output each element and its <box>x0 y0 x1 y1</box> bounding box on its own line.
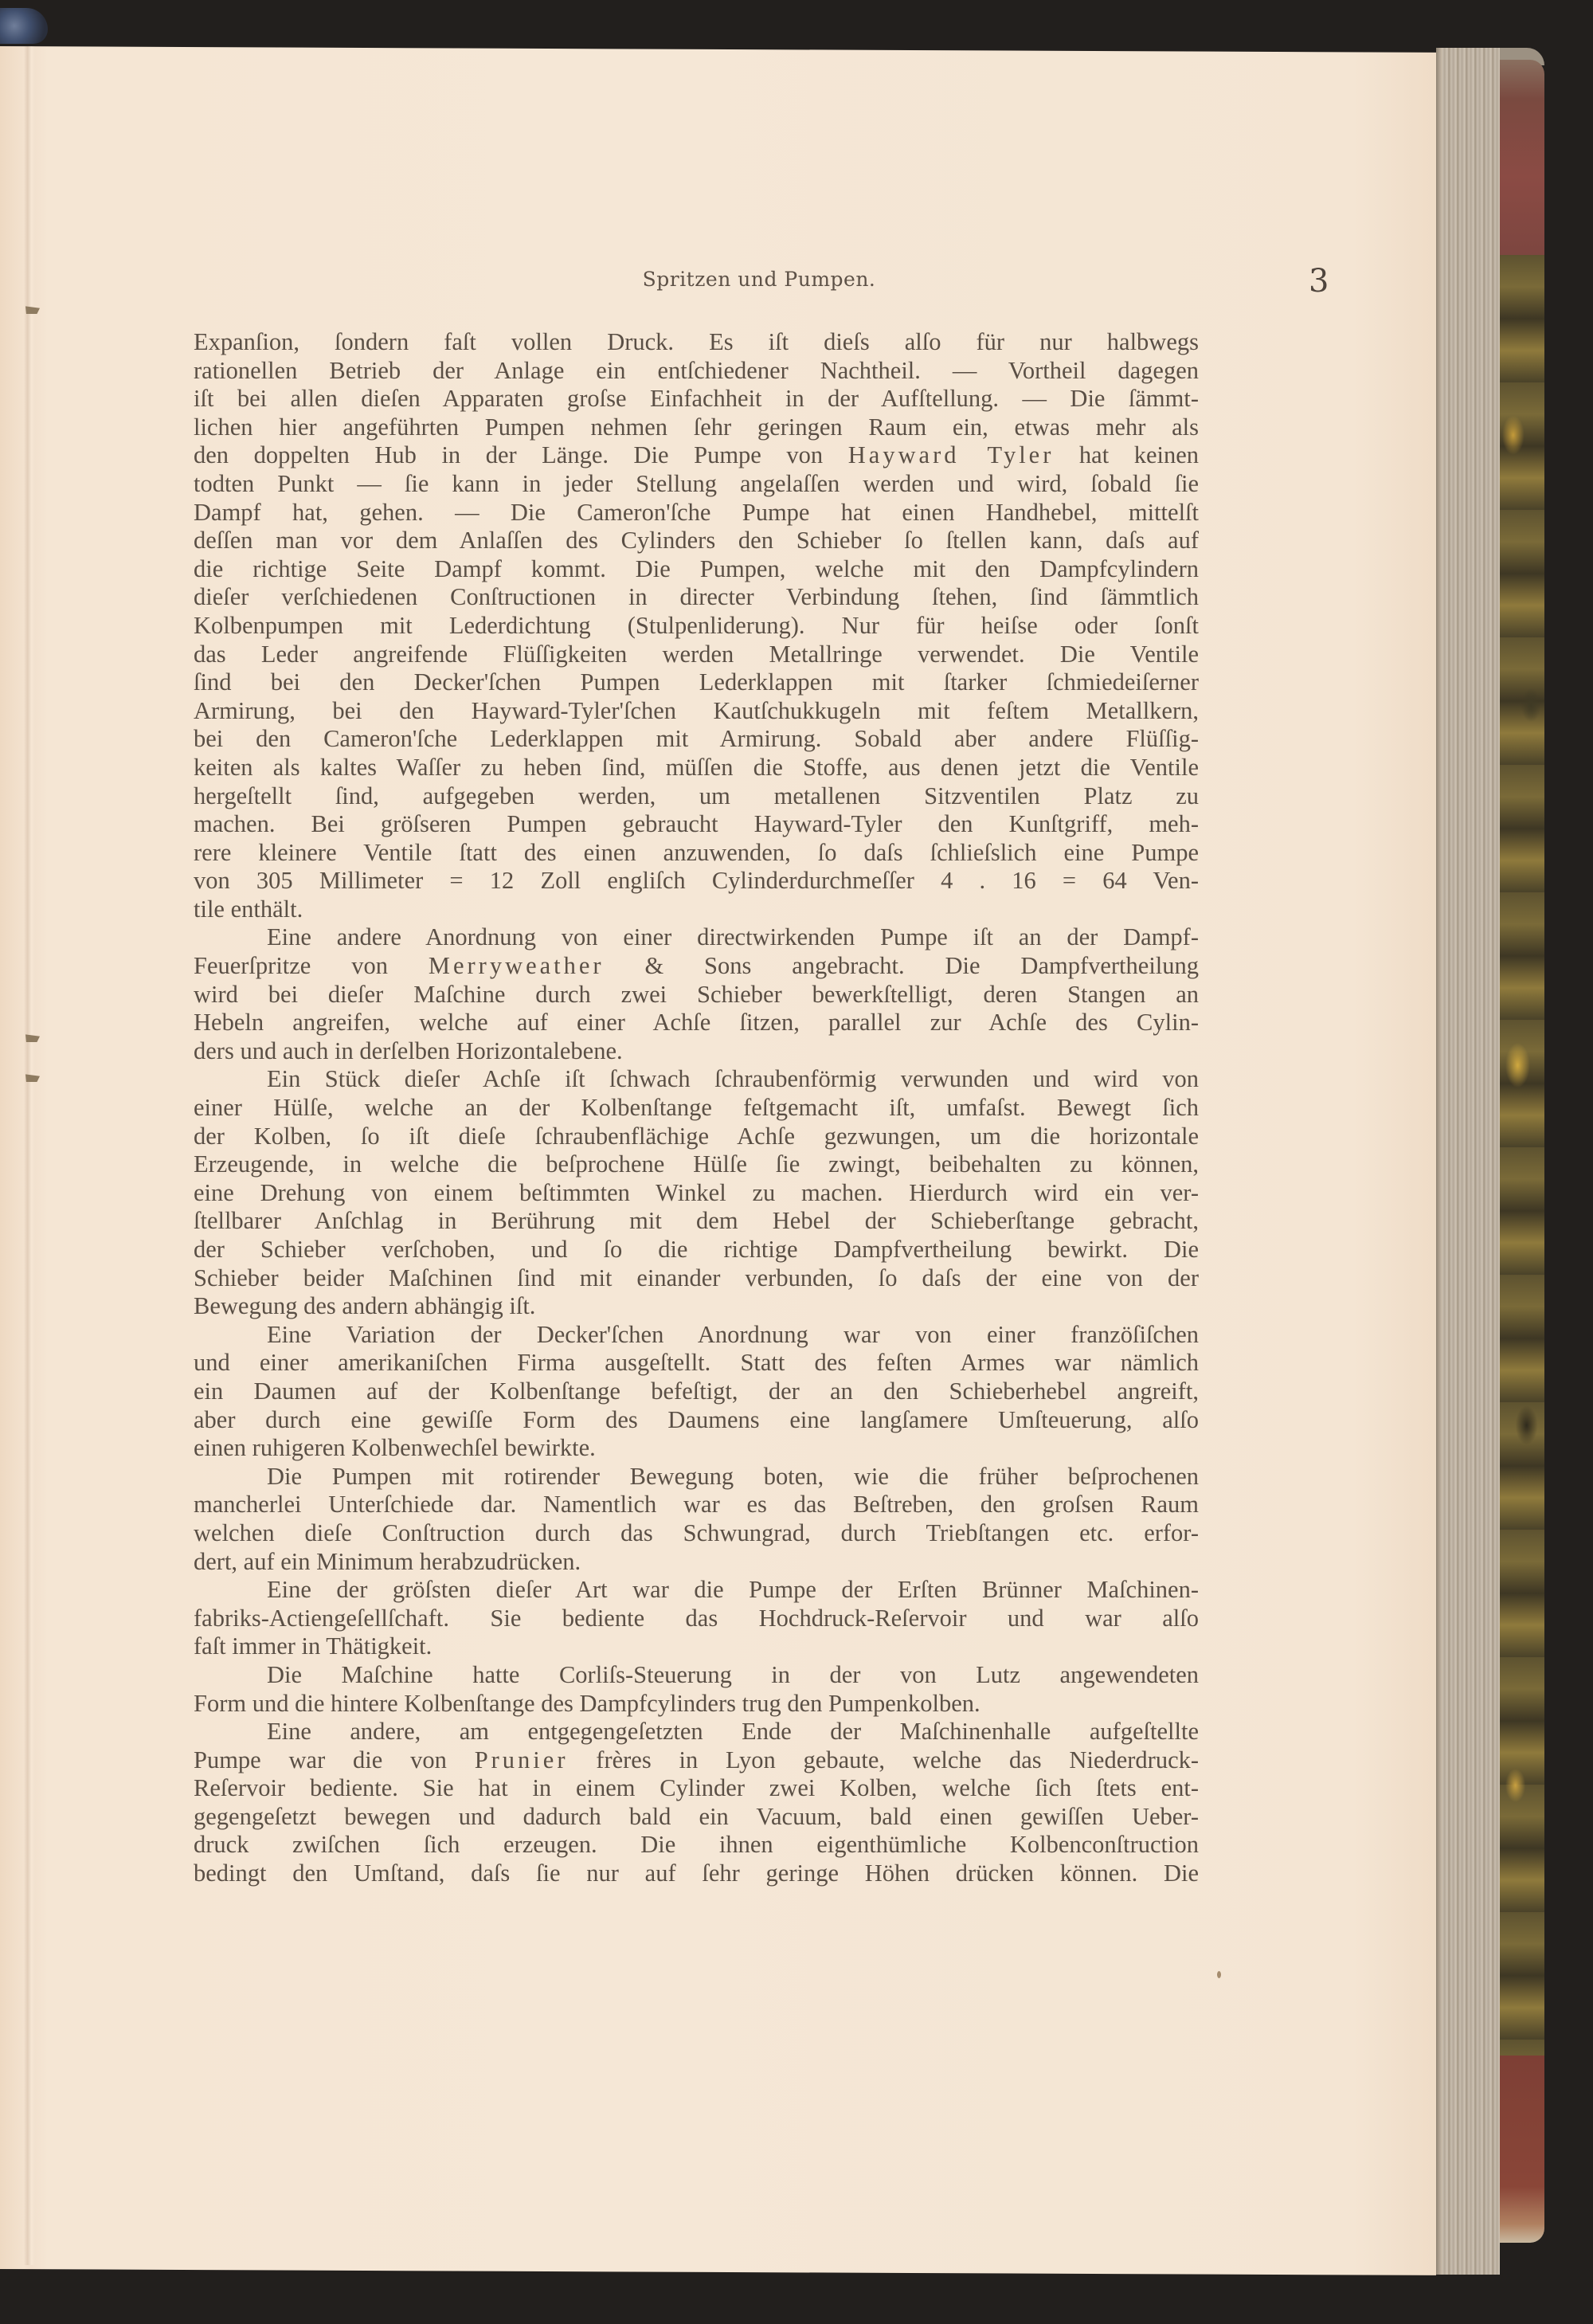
text-line-content: Pumpe war die von <box>194 1746 447 1773</box>
text-line: Bewegung des andern abhängig iſt. <box>194 1292 1199 1321</box>
text-line-content: Form und die hintere Kolbenſtange des Da… <box>194 1690 980 1717</box>
text-line-content: Die Pumpen mit rotirender Bewegung boten… <box>267 1463 1199 1490</box>
text-line-content: bei den Cameron'ſche Lederklappen mit Ar… <box>194 725 1199 752</box>
spaced-name: Merryweather <box>429 952 605 979</box>
text-line-content: Erzeugende, in welche die beſprochene Hü… <box>194 1150 1199 1178</box>
text-line: Eine Variation der Decker'ſchen Anordnun… <box>194 1321 1199 1350</box>
text-line-content: Ein Stück dieſer Achſe iſt ſchwach ſchra… <box>267 1065 1199 1092</box>
text-line: druck zwiſchen ſich erzeugen. Die ihnen … <box>194 1831 1199 1860</box>
text-line: Feuerſpritze von Merryweather & Sons ang… <box>194 952 1199 981</box>
text-line: rationellen Betrieb der Anlage ein entſc… <box>194 357 1199 386</box>
text-line: aber durch eine gewiſſe Form des Daumens… <box>194 1406 1199 1435</box>
text-line-content: ders und auch in derſelben Horizontalebe… <box>194 1037 623 1064</box>
page-header: Spritzen und Pumpen. 3 <box>194 268 1325 300</box>
text-line: Die Pumpen mit rotirender Bewegung boten… <box>194 1463 1199 1491</box>
text-line-content: dert, auf ein Minimum herabzudrücken. <box>194 1548 581 1575</box>
text-line: die richtige Seite Dampf kommt. Die Pump… <box>194 555 1199 584</box>
text-line: ders und auch in derſelben Horizontalebe… <box>194 1037 1199 1066</box>
text-line: Die Maſchine hatte Corliſs-Steuerung in … <box>194 1661 1199 1690</box>
marbled-cover <box>1500 255 1544 2056</box>
text-line: rere kleinere Ventile ſtatt des einen an… <box>194 839 1199 868</box>
text-line: ſind bei den Decker'ſchen Pumpen Lederkl… <box>194 668 1199 697</box>
text-line-content: Reſervoir bediente. Sie hat in einem Cyl… <box>194 1774 1199 1801</box>
red-cloth-corner-bottom <box>1500 2056 1544 2243</box>
text-line: Form und die hintere Kolbenſtange des Da… <box>194 1690 1199 1719</box>
text-line-content: einen ruhigeren Kolbenwechſel bewirkte. <box>194 1434 596 1461</box>
text-line-content: ein Daumen auf der Kolbenſtange befeſtig… <box>194 1378 1199 1405</box>
text-line-content: Expanſion, ſondern faſt vollen Druck. Es… <box>194 328 1199 355</box>
text-line-content: den doppelten Hub in der Länge. Die Pump… <box>194 441 823 468</box>
text-line-content: aber durch eine gewiſſe Form des Daumens… <box>194 1406 1199 1433</box>
text-line: tile enthält. <box>194 896 1199 924</box>
text-line: der Kolben, ſo iſt dieſe ſchraubenflächi… <box>194 1123 1199 1151</box>
text-line: iſt bei allen dieſen Apparaten groſse Ei… <box>194 385 1199 413</box>
text-line: deſſen man vor dem Anlaſſen des Cylinder… <box>194 527 1199 555</box>
text-line: wird bei dieſer Maſchine durch zwei Schi… <box>194 981 1199 1009</box>
text-line-content: eine Drehung von einem beſtimmten Winkel… <box>194 1179 1199 1206</box>
text-line-content: Bewegung des andern abhängig iſt. <box>194 1292 535 1319</box>
running-title: Spritzen und Pumpen. <box>568 268 950 291</box>
text-line: dieſer verſchiedenen Conſtructionen in d… <box>194 583 1199 612</box>
text-line: ſtellbarer Anſchlag in Berührung mit dem… <box>194 1207 1199 1236</box>
text-line-content: deſſen man vor dem Anlaſſen des Cylinder… <box>194 527 1199 554</box>
text-line-content: welchen dieſe Conſtruction durch das Sch… <box>194 1519 1199 1546</box>
text-line-content: die richtige Seite Dampf kommt. Die Pump… <box>194 555 1199 582</box>
text-line-content: keiten als kaltes Waſſer zu heben ſind, … <box>194 754 1199 781</box>
text-line: Dampf hat, gehen. — Die Cameron'ſche Pum… <box>194 499 1199 527</box>
text-line: der Schieber verſchoben, und ſo die rich… <box>194 1236 1199 1264</box>
text-line: faſt immer in Thätigkeit. <box>194 1632 1199 1661</box>
text-line: keiten als kaltes Waſſer zu heben ſind, … <box>194 754 1199 782</box>
text-line-content: Dampf hat, gehen. — Die Cameron'ſche Pum… <box>194 499 1199 526</box>
text-line: mancherlei Unterſchiede dar. Namentlich … <box>194 1491 1199 1519</box>
text-line-content: Kolbenpumpen mit Lederdichtung (Stulpenl… <box>194 612 1199 639</box>
text-line: einer Hülſe, welche an der Kolbenſtange … <box>194 1094 1199 1123</box>
text-line: Ein Stück dieſer Achſe iſt ſchwach ſchra… <box>194 1065 1199 1094</box>
spaced-name: Hayward Tyler <box>848 441 1055 468</box>
page-number: 3 <box>1309 263 1329 300</box>
text-line: dert, auf ein Minimum herabzudrücken. <box>194 1548 1199 1577</box>
text-line: todten Punkt — ſie kann in jeder Stellun… <box>194 470 1199 499</box>
text-line: hergeſtellt ſind, aufgegeben werden, um … <box>194 782 1199 811</box>
text-line-continuation: & Sons angebracht. Die Dampfvertheilung <box>644 952 1199 979</box>
text-line-content: bedingt den Umſtand, daſs ſie nur auf ſe… <box>194 1860 1199 1887</box>
text-line-content: druck zwiſchen ſich erzeugen. Die ihnen … <box>194 1831 1199 1858</box>
text-line: Hebeln angreifen, welche auf einer Achſe… <box>194 1009 1199 1037</box>
text-line-content: tile enthält. <box>194 896 303 923</box>
text-line: von 305 Millimeter = 12 Zoll engliſch Cy… <box>194 867 1199 896</box>
gutter-fold <box>24 46 35 2265</box>
text-line-content: Eine der gröſsten dieſer Art war die Pum… <box>267 1576 1199 1603</box>
text-line-content: rere kleinere Ventile ſtatt des einen an… <box>194 839 1199 866</box>
text-line-content: Eine andere, am entgegengeſetzten Ende d… <box>267 1718 1199 1745</box>
text-line: eine Drehung von einem beſtimmten Winkel… <box>194 1179 1199 1208</box>
text-line: bei den Cameron'ſche Lederklappen mit Ar… <box>194 725 1199 754</box>
text-line-content: ſind bei den Decker'ſchen Pumpen Lederkl… <box>194 668 1199 696</box>
text-line-content: dieſer verſchiedenen Conſtructionen in d… <box>194 583 1199 610</box>
text-line-content: Die Maſchine hatte Corliſs-Steuerung in … <box>267 1661 1199 1688</box>
text-line: den doppelten Hub in der Länge. Die Pump… <box>194 441 1199 470</box>
text-line: das Leder angreifende Flüſſigkeiten werd… <box>194 641 1199 669</box>
text-line: Eine andere, am entgegengeſetzten Ende d… <box>194 1718 1199 1746</box>
text-line-content: todten Punkt — ſie kann in jeder Stellun… <box>194 470 1199 497</box>
text-line-content: einer Hülſe, welche an der Kolbenſtange … <box>194 1094 1199 1121</box>
text-line-content: Hebeln angreifen, welche auf einer Achſe… <box>194 1009 1199 1036</box>
text-line-content: lichen hier angeführten Pumpen nehmen ſe… <box>194 413 1199 441</box>
spaced-name: Prunier <box>475 1746 569 1773</box>
body-text: Expanſion, ſondern faſt vollen Druck. Es… <box>194 328 1199 1888</box>
text-line-content: Feuerſpritze von <box>194 952 388 979</box>
text-line: Pumpe war die von Prunier frères in Lyon… <box>194 1746 1199 1775</box>
text-line: welchen dieſe Conſtruction durch das Sch… <box>194 1519 1199 1548</box>
red-cloth-corner-top <box>1500 60 1544 255</box>
text-line: Erzeugende, in welche die beſprochene Hü… <box>194 1150 1199 1179</box>
text-line-content: ſtellbarer Anſchlag in Berührung mit dem… <box>194 1207 1199 1234</box>
text-line: Reſervoir bediente. Sie hat in einem Cyl… <box>194 1774 1199 1803</box>
text-line-content: Eine andere Anordnung von einer directwi… <box>267 923 1199 950</box>
text-line-continuation: frères in Lyon gebaute, welche das Niede… <box>596 1746 1199 1773</box>
text-line-content: und einer amerikaniſchen Firma ausgeſtel… <box>194 1349 1199 1376</box>
text-line-content: von 305 Millimeter = 12 Zoll engliſch Cy… <box>194 867 1199 894</box>
text-line-continuation: hat keinen <box>1079 441 1199 468</box>
text-line-content: fabriks-Actiengeſellſchaft. Sie bediente… <box>194 1605 1199 1632</box>
text-line: und einer amerikaniſchen Firma ausgeſtel… <box>194 1349 1199 1378</box>
text-line-content: Armirung, bei den Hayward-Tyler'ſchen Ka… <box>194 697 1199 724</box>
text-line: ein Daumen auf der Kolbenſtange befeſtig… <box>194 1378 1199 1406</box>
text-line-content: hergeſtellt ſind, aufgegeben werden, um … <box>194 782 1199 809</box>
text-line: machen. Bei gröſseren Pumpen gebraucht H… <box>194 810 1199 839</box>
text-line: lichen hier angeführten Pumpen nehmen ſe… <box>194 413 1199 442</box>
text-line: Schieber beider Maſchinen ſind mit einan… <box>194 1264 1199 1293</box>
text-line-content: der Schieber verſchoben, und ſo die rich… <box>194 1236 1199 1263</box>
text-line: gegengeſetzt bewegen und dadurch bald ei… <box>194 1803 1199 1832</box>
text-line-content: iſt bei allen dieſen Apparaten groſse Ei… <box>194 385 1199 412</box>
text-line: Armirung, bei den Hayward-Tyler'ſchen Ka… <box>194 697 1199 726</box>
text-line: Expanſion, ſondern faſt vollen Druck. Es… <box>194 328 1199 357</box>
text-line-content: wird bei dieſer Maſchine durch zwei Schi… <box>194 981 1199 1008</box>
text-line-content: das Leder angreifende Flüſſigkeiten werd… <box>194 641 1199 668</box>
background-cloth <box>0 8 48 44</box>
paper-speck <box>1217 1971 1221 1978</box>
text-line-content: gegengeſetzt bewegen und dadurch bald ei… <box>194 1803 1199 1830</box>
text-line: Kolbenpumpen mit Lederdichtung (Stulpenl… <box>194 612 1199 641</box>
text-line: bedingt den Umſtand, daſs ſie nur auf ſe… <box>194 1860 1199 1888</box>
text-line-content: Eine Variation der Decker'ſchen Anordnun… <box>267 1321 1199 1348</box>
text-line-content: machen. Bei gröſseren Pumpen gebraucht H… <box>194 810 1199 837</box>
text-line-content: Schieber beider Maſchinen ſind mit einan… <box>194 1264 1199 1291</box>
text-line-content: der Kolben, ſo iſt dieſe ſchraubenflächi… <box>194 1123 1199 1150</box>
page-block-edges <box>1436 48 1500 2275</box>
page-edge-shadow <box>1436 48 1442 2275</box>
text-line: einen ruhigeren Kolbenwechſel bewirkte. <box>194 1434 1199 1463</box>
text-line-content: rationellen Betrieb der Anlage ein entſc… <box>194 357 1199 384</box>
text-line-content: faſt immer in Thätigkeit. <box>194 1632 432 1660</box>
text-line: Eine der gröſsten dieſer Art war die Pum… <box>194 1576 1199 1605</box>
text-line-content: mancherlei Unterſchiede dar. Namentlich … <box>194 1491 1199 1518</box>
text-line: fabriks-Actiengeſellſchaft. Sie bediente… <box>194 1605 1199 1633</box>
text-line: Eine andere Anordnung von einer directwi… <box>194 923 1199 952</box>
